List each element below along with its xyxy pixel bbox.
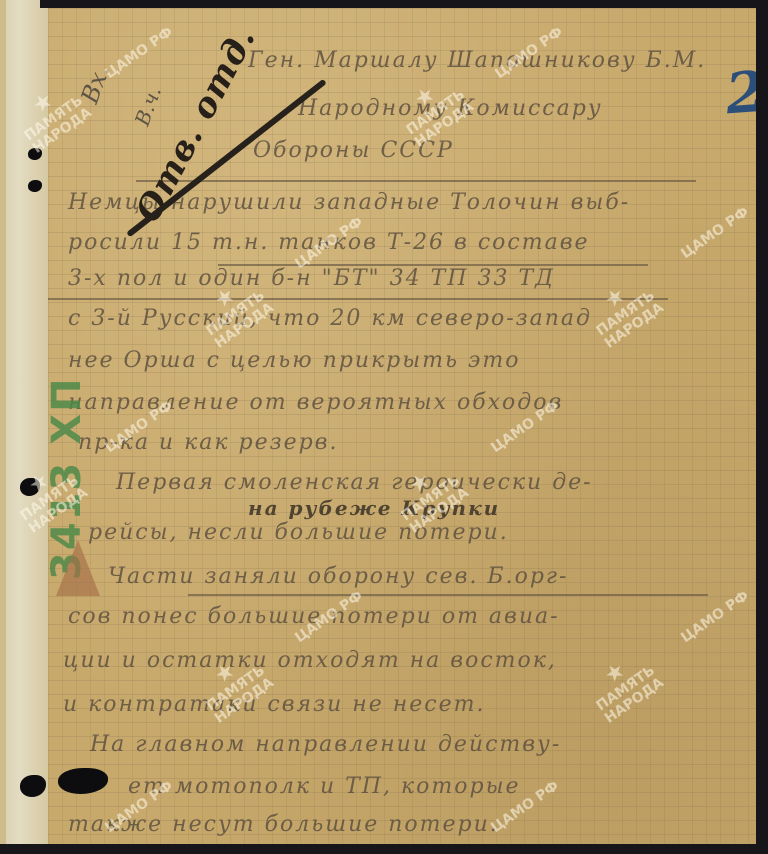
body-underline-3 [188, 594, 708, 596]
body-line-10: рейсы, несли большие потери. [88, 520, 509, 545]
binding-margin-strip [0, 0, 49, 846]
body-underline-2 [48, 298, 668, 300]
delta-mark [56, 540, 100, 596]
header-line-2: Народному Комиссару [298, 96, 603, 121]
margin-annotation-2: В.ч. [130, 83, 166, 129]
body-line-13: ции и остатки отходят на восток, [63, 648, 557, 673]
body-line-9-insert: на рубеже Крупки [248, 496, 500, 520]
body-line-5: нее Орша с целью прикрыть это [68, 348, 520, 373]
scan-border-top [40, 0, 768, 8]
document-page: Ген. Маршалу Шапошникову Б.М. Народному … [48, 8, 756, 846]
body-line-12: сов понес большие потери от авиа- [68, 604, 560, 629]
body-line-6: направление от вероятных обходов [68, 390, 563, 415]
scan-border-bottom [0, 844, 768, 854]
scan-border-right [756, 0, 768, 854]
body-line-14: и контратаки связи не несет. [63, 692, 485, 717]
body-line-17: также несут большие потери. [68, 812, 499, 837]
body-line-16: ет мотополк и ТП, которые [128, 774, 521, 799]
body-line-11: Части заняли оборону сев. Б.орг- [108, 564, 568, 589]
body-line-2: росили 15 т.н. танков Т-26 в составе [68, 230, 590, 255]
body-line-3: 3-х пол и один б-н "БТ" 34 ТП 33 ТД [68, 266, 555, 291]
body-line-4: с 3-й Русский, что 20 км северо-запад [68, 306, 592, 331]
body-line-7: пр-ка и как резерв. [78, 430, 338, 455]
body-line-8: Первая смоленская героически де- [116, 470, 593, 495]
body-line-15: На главном направлении действу- [90, 732, 561, 757]
header-line-1: Ген. Маршалу Шапошникову Б.М. [248, 48, 706, 73]
header-line-3: Обороны СССР [253, 138, 454, 163]
header-underline [136, 180, 696, 182]
scanned-document: Ген. Маршалу Шапошникову Б.М. Народному … [0, 0, 760, 846]
margin-annotation-1: Вх. [76, 61, 116, 107]
